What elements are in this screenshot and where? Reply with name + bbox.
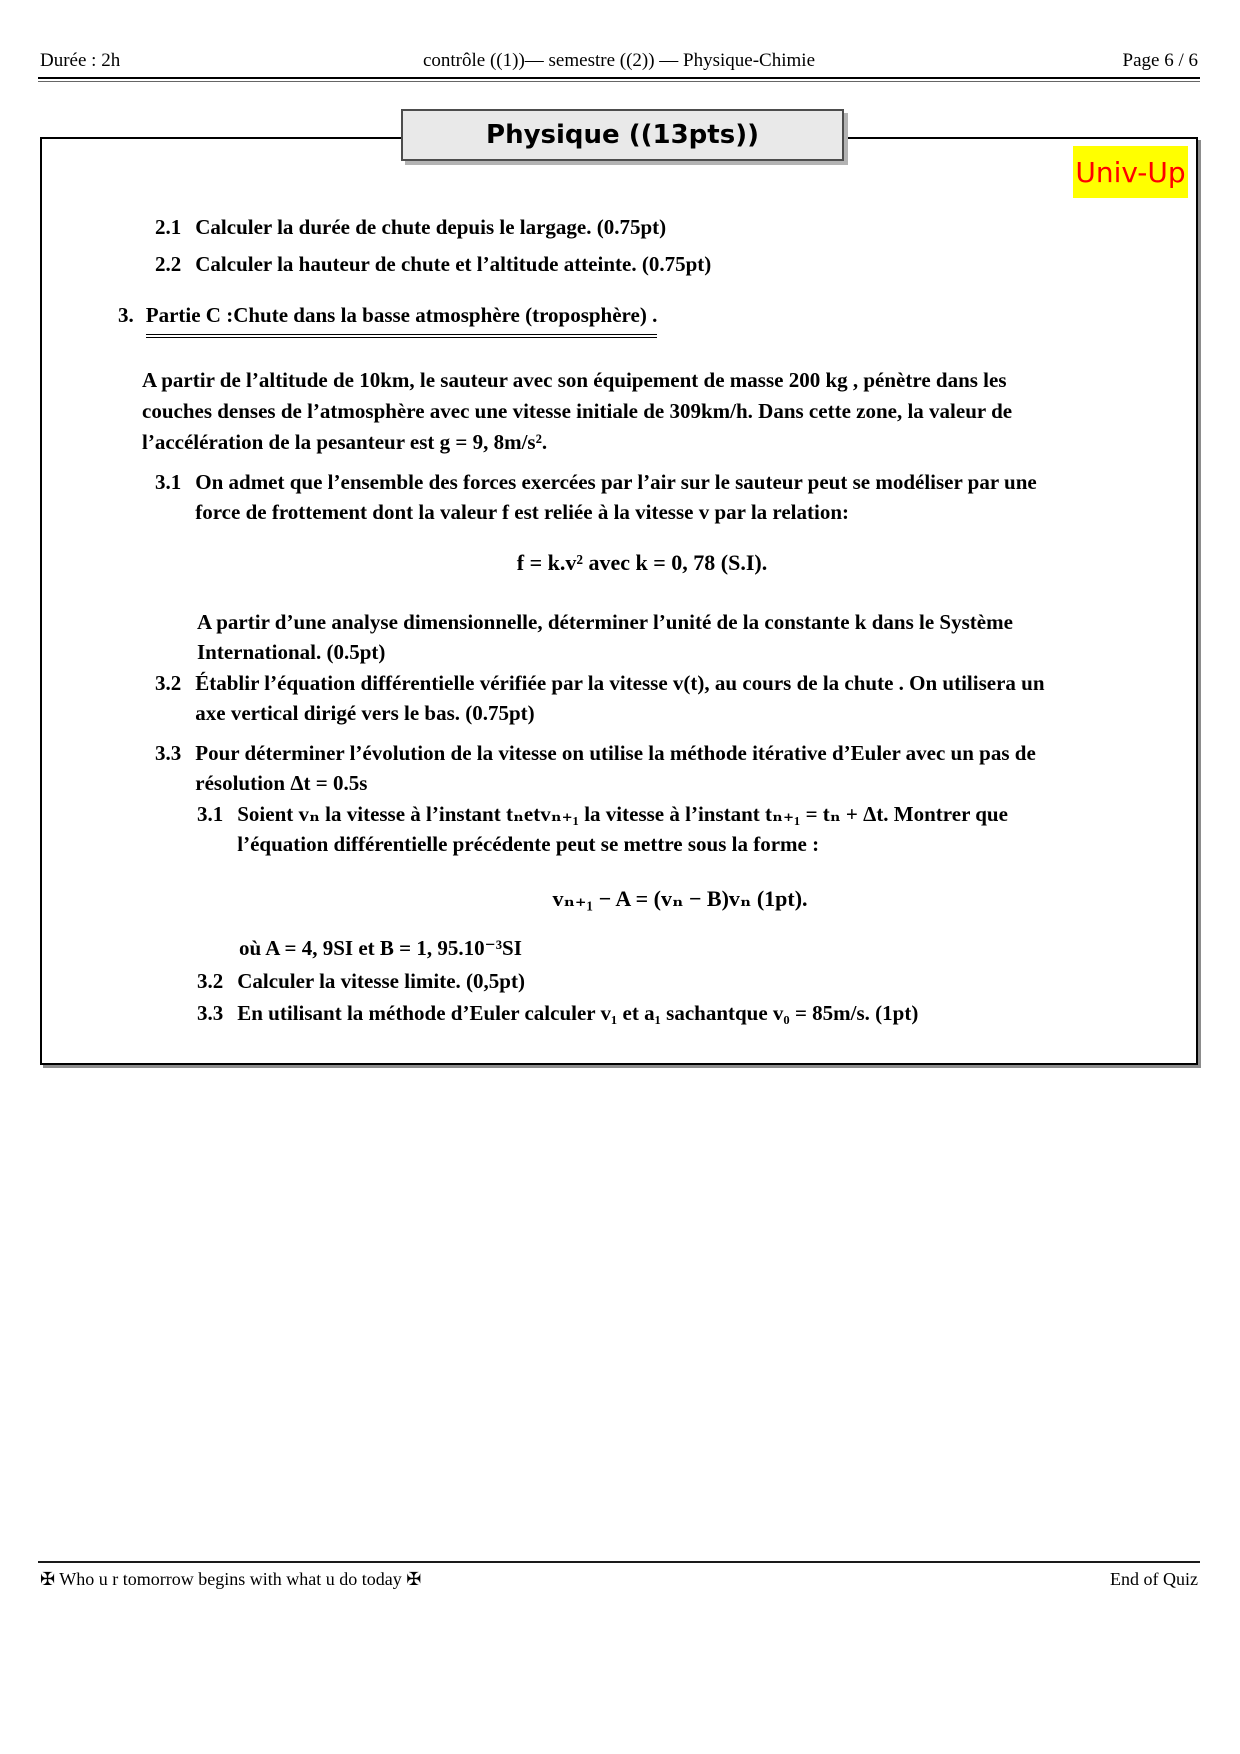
question-number: 2.2 — [155, 249, 181, 279]
question-3-1-continuation: A partir d’une analyse dimensionnelle, d… — [197, 607, 1013, 667]
subquestion-3-3-1: 3.1 Soient vₙ la vitesse à l’instant tₙe… — [197, 799, 1008, 859]
question-3-1: 3.1 On admet que l’ensemble des forces e… — [155, 467, 1037, 527]
paragraph-line: A partir de l’altitude de 10km, le saute… — [142, 365, 1012, 396]
univ-up-label: Univ-Up — [1075, 156, 1185, 189]
footer-end-label: End of Quiz — [1110, 1569, 1198, 1590]
question-number: 2.1 — [155, 212, 181, 242]
paragraph-line: l’accélération de la pesanteur est g = 9… — [142, 427, 1012, 458]
question-number: 3.3 — [197, 998, 223, 1028]
question-text: Pour déterminer l’évolution de la vitess… — [195, 738, 1036, 798]
page-header: Durée : 2h contrôle ((1))— semestre ((2)… — [40, 50, 1198, 72]
question-3-2: 3.2 Établir l’équation différentielle vé… — [155, 668, 1045, 728]
exam-page: Durée : 2h contrôle ((1))— semestre ((2)… — [0, 0, 1240, 1754]
constants-line: où A = 4, 9SI et B = 1, 95.10⁻³SI — [239, 933, 522, 963]
intro-paragraph: A partir de l’altitude de 10km, le saute… — [142, 365, 1012, 458]
footer-quote: ✠ Who u r tomorrow begins with what u do… — [40, 1569, 421, 1590]
question-text: On admet que l’ensemble des forces exerc… — [195, 467, 1037, 527]
question-text: En utilisant la méthode d’Euler calculer… — [237, 1001, 918, 1025]
paragraph-line: couches denses de l’atmosphère avec une … — [142, 396, 1012, 427]
page-footer: ✠ Who u r tomorrow begins with what u do… — [40, 1569, 1198, 1590]
question-text: Calculer la vitesse limite. (0,5pt) — [237, 969, 525, 993]
header-rule — [38, 77, 1200, 82]
question-text: Établir l’équation différentielle vérifi… — [195, 668, 1044, 728]
question-text: Soient vₙ la vitesse à l’instant tₙetvₙ₊… — [237, 799, 1008, 859]
question-number: 3.1 — [155, 467, 181, 527]
question-3-3: 3.3 Pour déterminer l’évolution de la vi… — [155, 738, 1036, 798]
univ-up-badge: Univ-Up — [1073, 146, 1188, 198]
question-text: Calculer la durée de chute depuis le lar… — [195, 215, 666, 239]
question-2-1: 2.1Calculer la durée de chute depuis le … — [155, 212, 666, 242]
section-title: Physique ((13pts)) — [486, 120, 759, 150]
equation-friction: f = k.v² avec k = 0, 78 (S.I). — [142, 548, 1142, 578]
part-number: 3. — [118, 300, 134, 330]
question-number: 3.2 — [155, 668, 181, 728]
section-title-box: Physique ((13pts)) — [401, 109, 844, 161]
question-number: 3.1 — [197, 799, 223, 859]
question-number: 3.3 — [155, 738, 181, 798]
part-3-heading: 3.Partie C :Chute dans la basse atmosphè… — [118, 300, 657, 338]
header-title: contrôle ((1))— semestre ((2)) — Physiqu… — [40, 50, 1198, 72]
question-2-2: 2.2Calculer la hauteur de chute et l’alt… — [155, 249, 711, 279]
question-number: 3.2 — [197, 966, 223, 996]
equation-euler: vₙ₊₁ − A = (vₙ − B)vₙ (1pt). — [160, 884, 1200, 914]
footer-rule — [38, 1561, 1200, 1563]
part-heading-text: Partie C :Chute dans la basse atmosphère… — [146, 300, 658, 338]
question-text: Calculer la hauteur de chute et l’altitu… — [195, 252, 711, 276]
subquestion-3-3-3: 3.3En utilisant la méthode d’Euler calcu… — [197, 998, 918, 1028]
subquestion-3-3-2: 3.2Calculer la vitesse limite. (0,5pt) — [197, 966, 525, 996]
